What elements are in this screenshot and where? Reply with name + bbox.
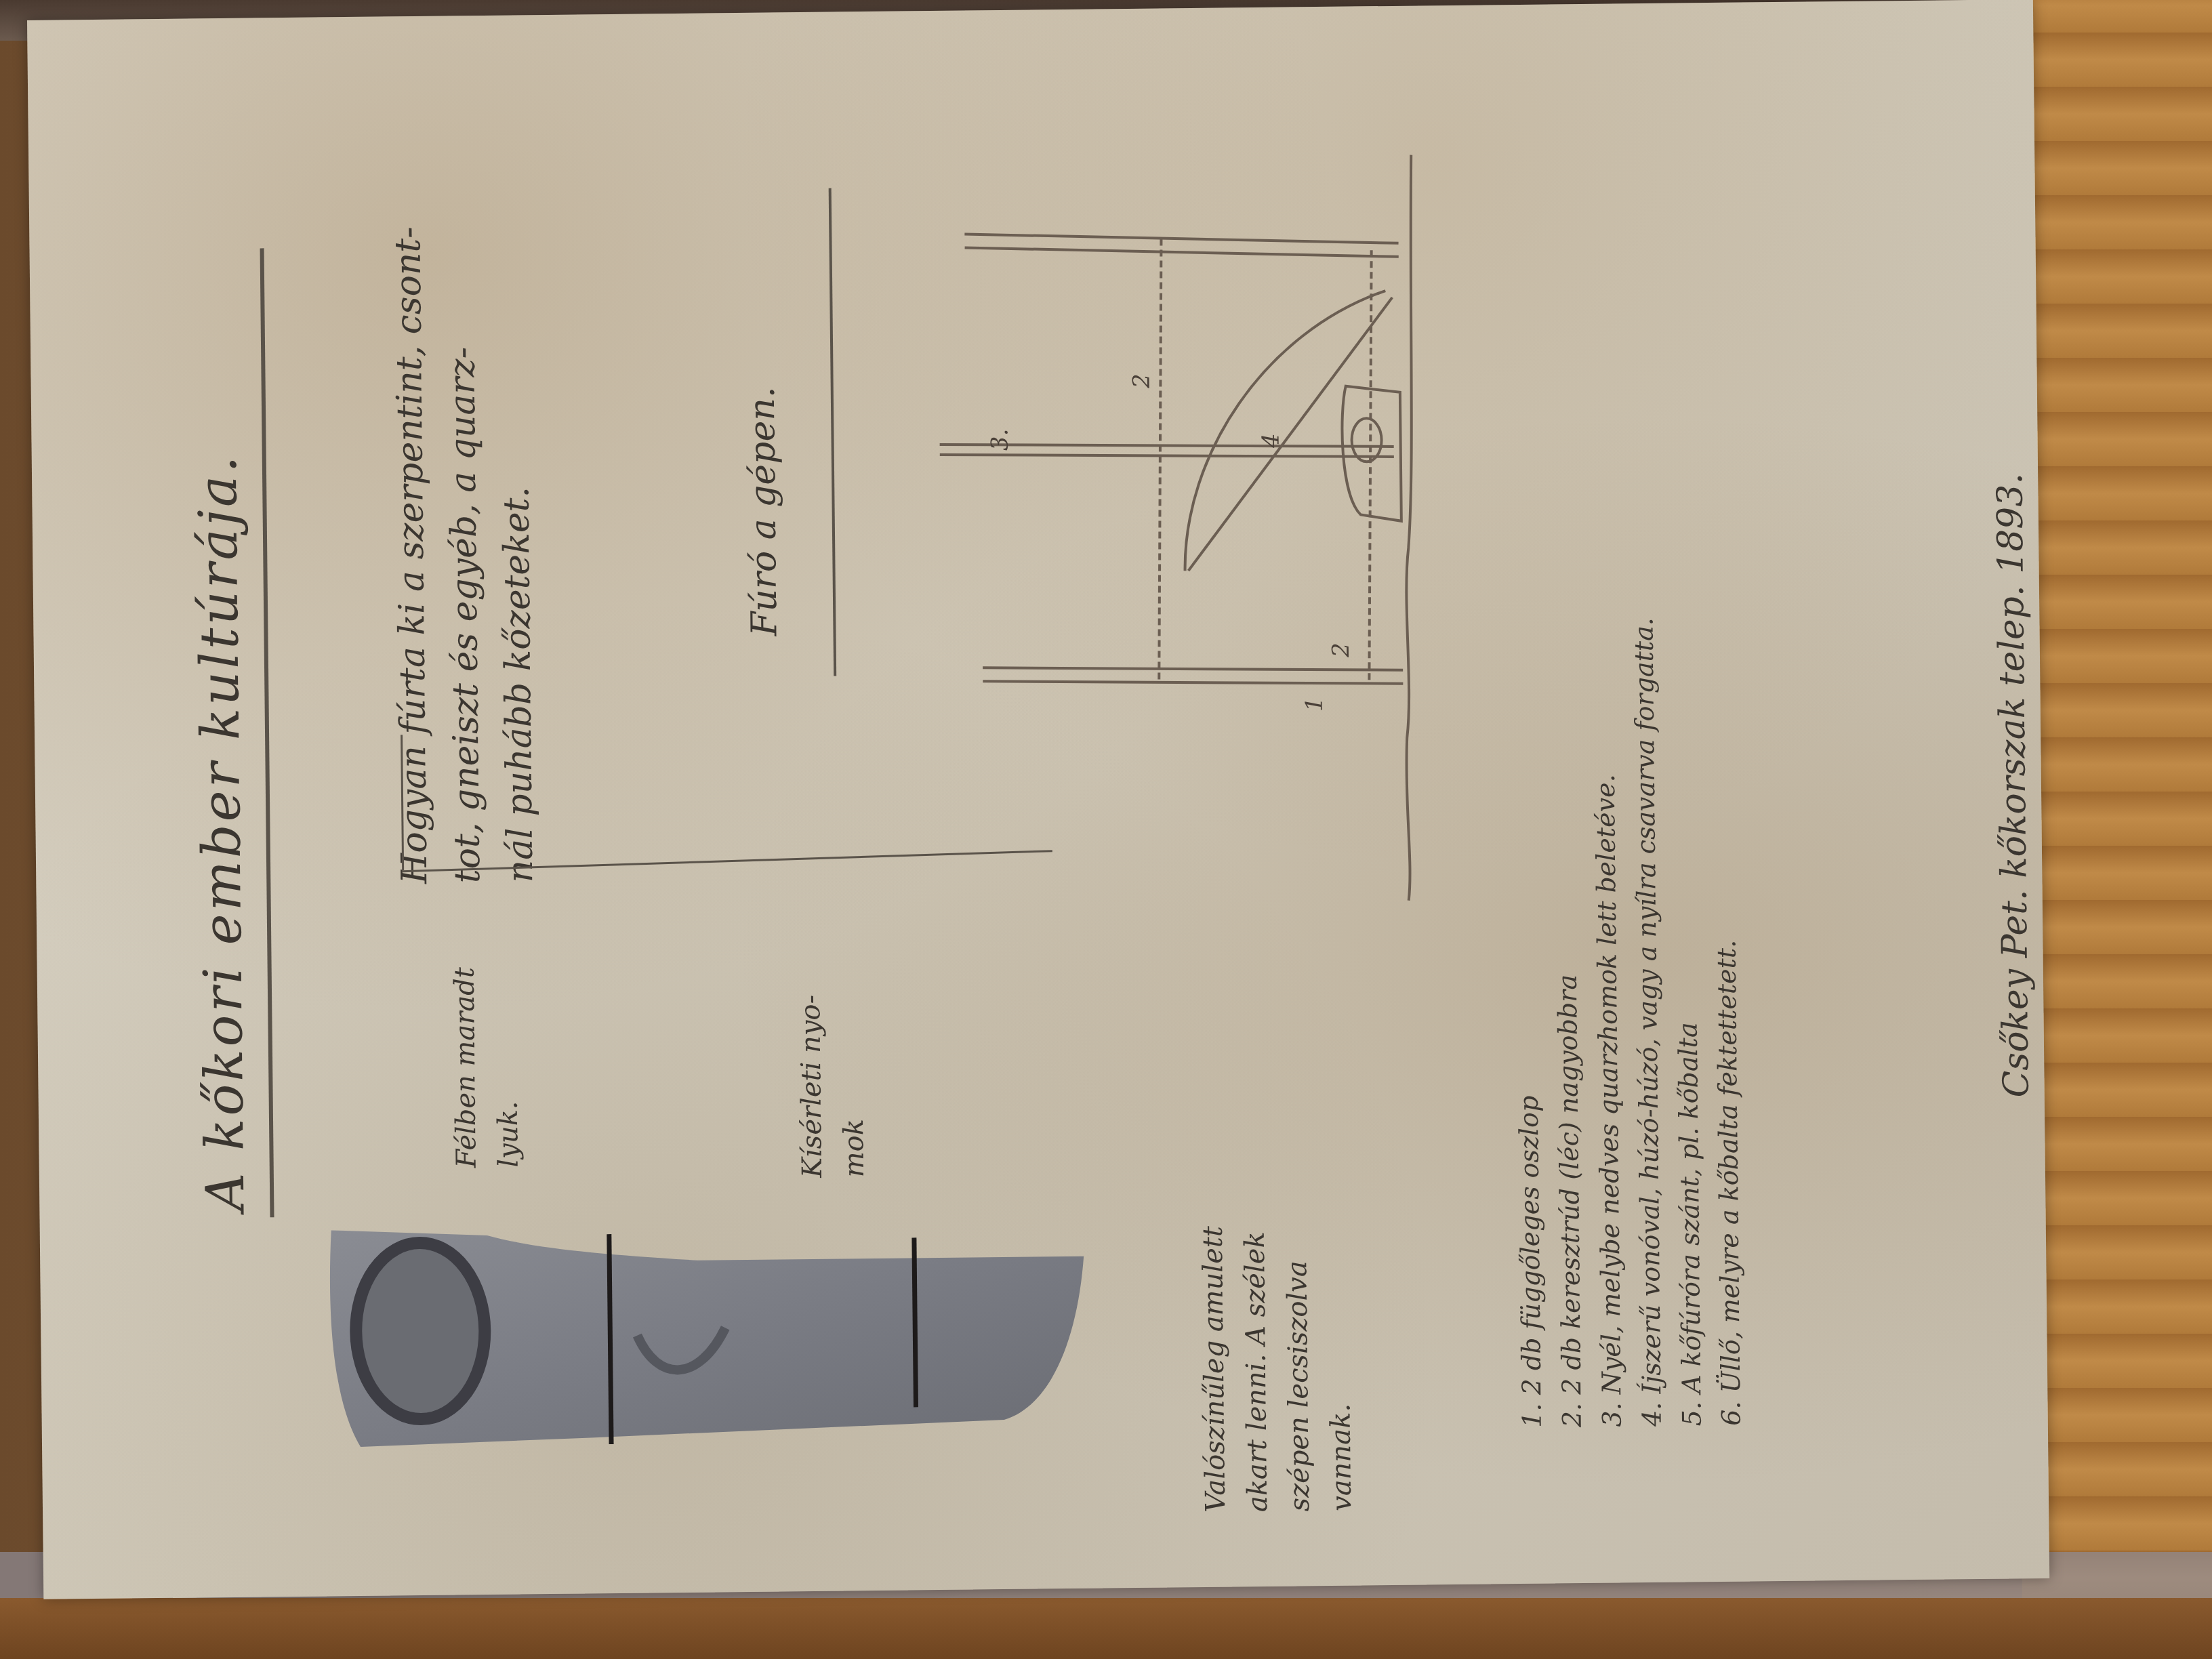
experimental-line-2: mok [832, 994, 876, 1178]
intro-line-2: tot, gneiszt és egyéb, a quarz- [434, 226, 494, 884]
unfinished-line-1: Félben maradt [444, 967, 488, 1168]
label-2a: 2 [1128, 373, 1155, 389]
post-bottom [983, 663, 1403, 688]
ground-line [1400, 155, 1419, 901]
amulet-note: Valószínűleg amulett akart lenni. A szél… [1192, 1225, 1363, 1513]
intro-line-3: nál puhább kőzeteket. [487, 225, 547, 883]
experimental-line-1: Kísérleti nyo- [790, 995, 834, 1179]
drilled-hole-icon [355, 1242, 486, 1420]
wooden-frame-right [2022, 0, 2212, 1659]
museum-card: A kőkori ember kultúrája. Hogyan fúrta k… [27, 0, 2049, 1599]
unfinished-line-2: lyuk. [486, 966, 530, 1168]
mounting-wire-2 [914, 1237, 916, 1407]
title-underline [260, 248, 274, 1217]
label-2b: 2 [1328, 642, 1355, 658]
wooden-frame-bottom [0, 1598, 2212, 1659]
amulet-line-3: szépen lecsiszolva [1276, 1225, 1321, 1511]
label-3: 3. [986, 428, 1013, 451]
label-4: 4 [1257, 433, 1284, 449]
bow-string [1185, 298, 1395, 571]
crossbar-2 [1365, 250, 1376, 684]
label-1: 1 [1301, 697, 1328, 712]
bow [1182, 291, 1388, 571]
signature: Csőkey Pet. kőkorszak telep. 1893. [1984, 473, 2043, 1098]
legend-list: 1. 2 db függőleges oszlop 2. 2 db keresz… [1504, 617, 1752, 1429]
amulet-line-2: akart lenni. A szélek [1234, 1225, 1279, 1512]
stone-artifact [317, 1202, 1099, 1461]
mounting-wire-1 [609, 1234, 611, 1444]
intro-paragraph: Hogyan fúrta ki a szerpentint, csont- to… [382, 225, 547, 884]
drill-heading-rule [829, 188, 837, 676]
legend-item: 4. Íjszerű vonóval, húzó-húzó, vagy a ny… [1624, 617, 1672, 1427]
card-title: A kőkori ember kultúrája. [188, 453, 257, 1211]
crossbar-1 [1154, 239, 1166, 679]
amulet-line-4: vannak. [1318, 1225, 1363, 1511]
amulet-line-1: Valószínűleg amulett [1192, 1226, 1237, 1513]
post-top [964, 230, 1398, 262]
intro-line-1: Hogyan fúrta ki a szerpentint, csont- [382, 226, 441, 884]
drill-diagram: 3. 2 2 4 1 [923, 127, 1446, 912]
legend-item: 6. Üllő, melyre a kőbalta fektettetett. [1704, 617, 1752, 1426]
experimental-marks-label: Kísérleti nyo- mok [790, 994, 876, 1178]
unfinished-hole-label: Félben maradt lyuk. [444, 966, 530, 1168]
drill-heading: Fúró a gépen. [736, 386, 792, 636]
